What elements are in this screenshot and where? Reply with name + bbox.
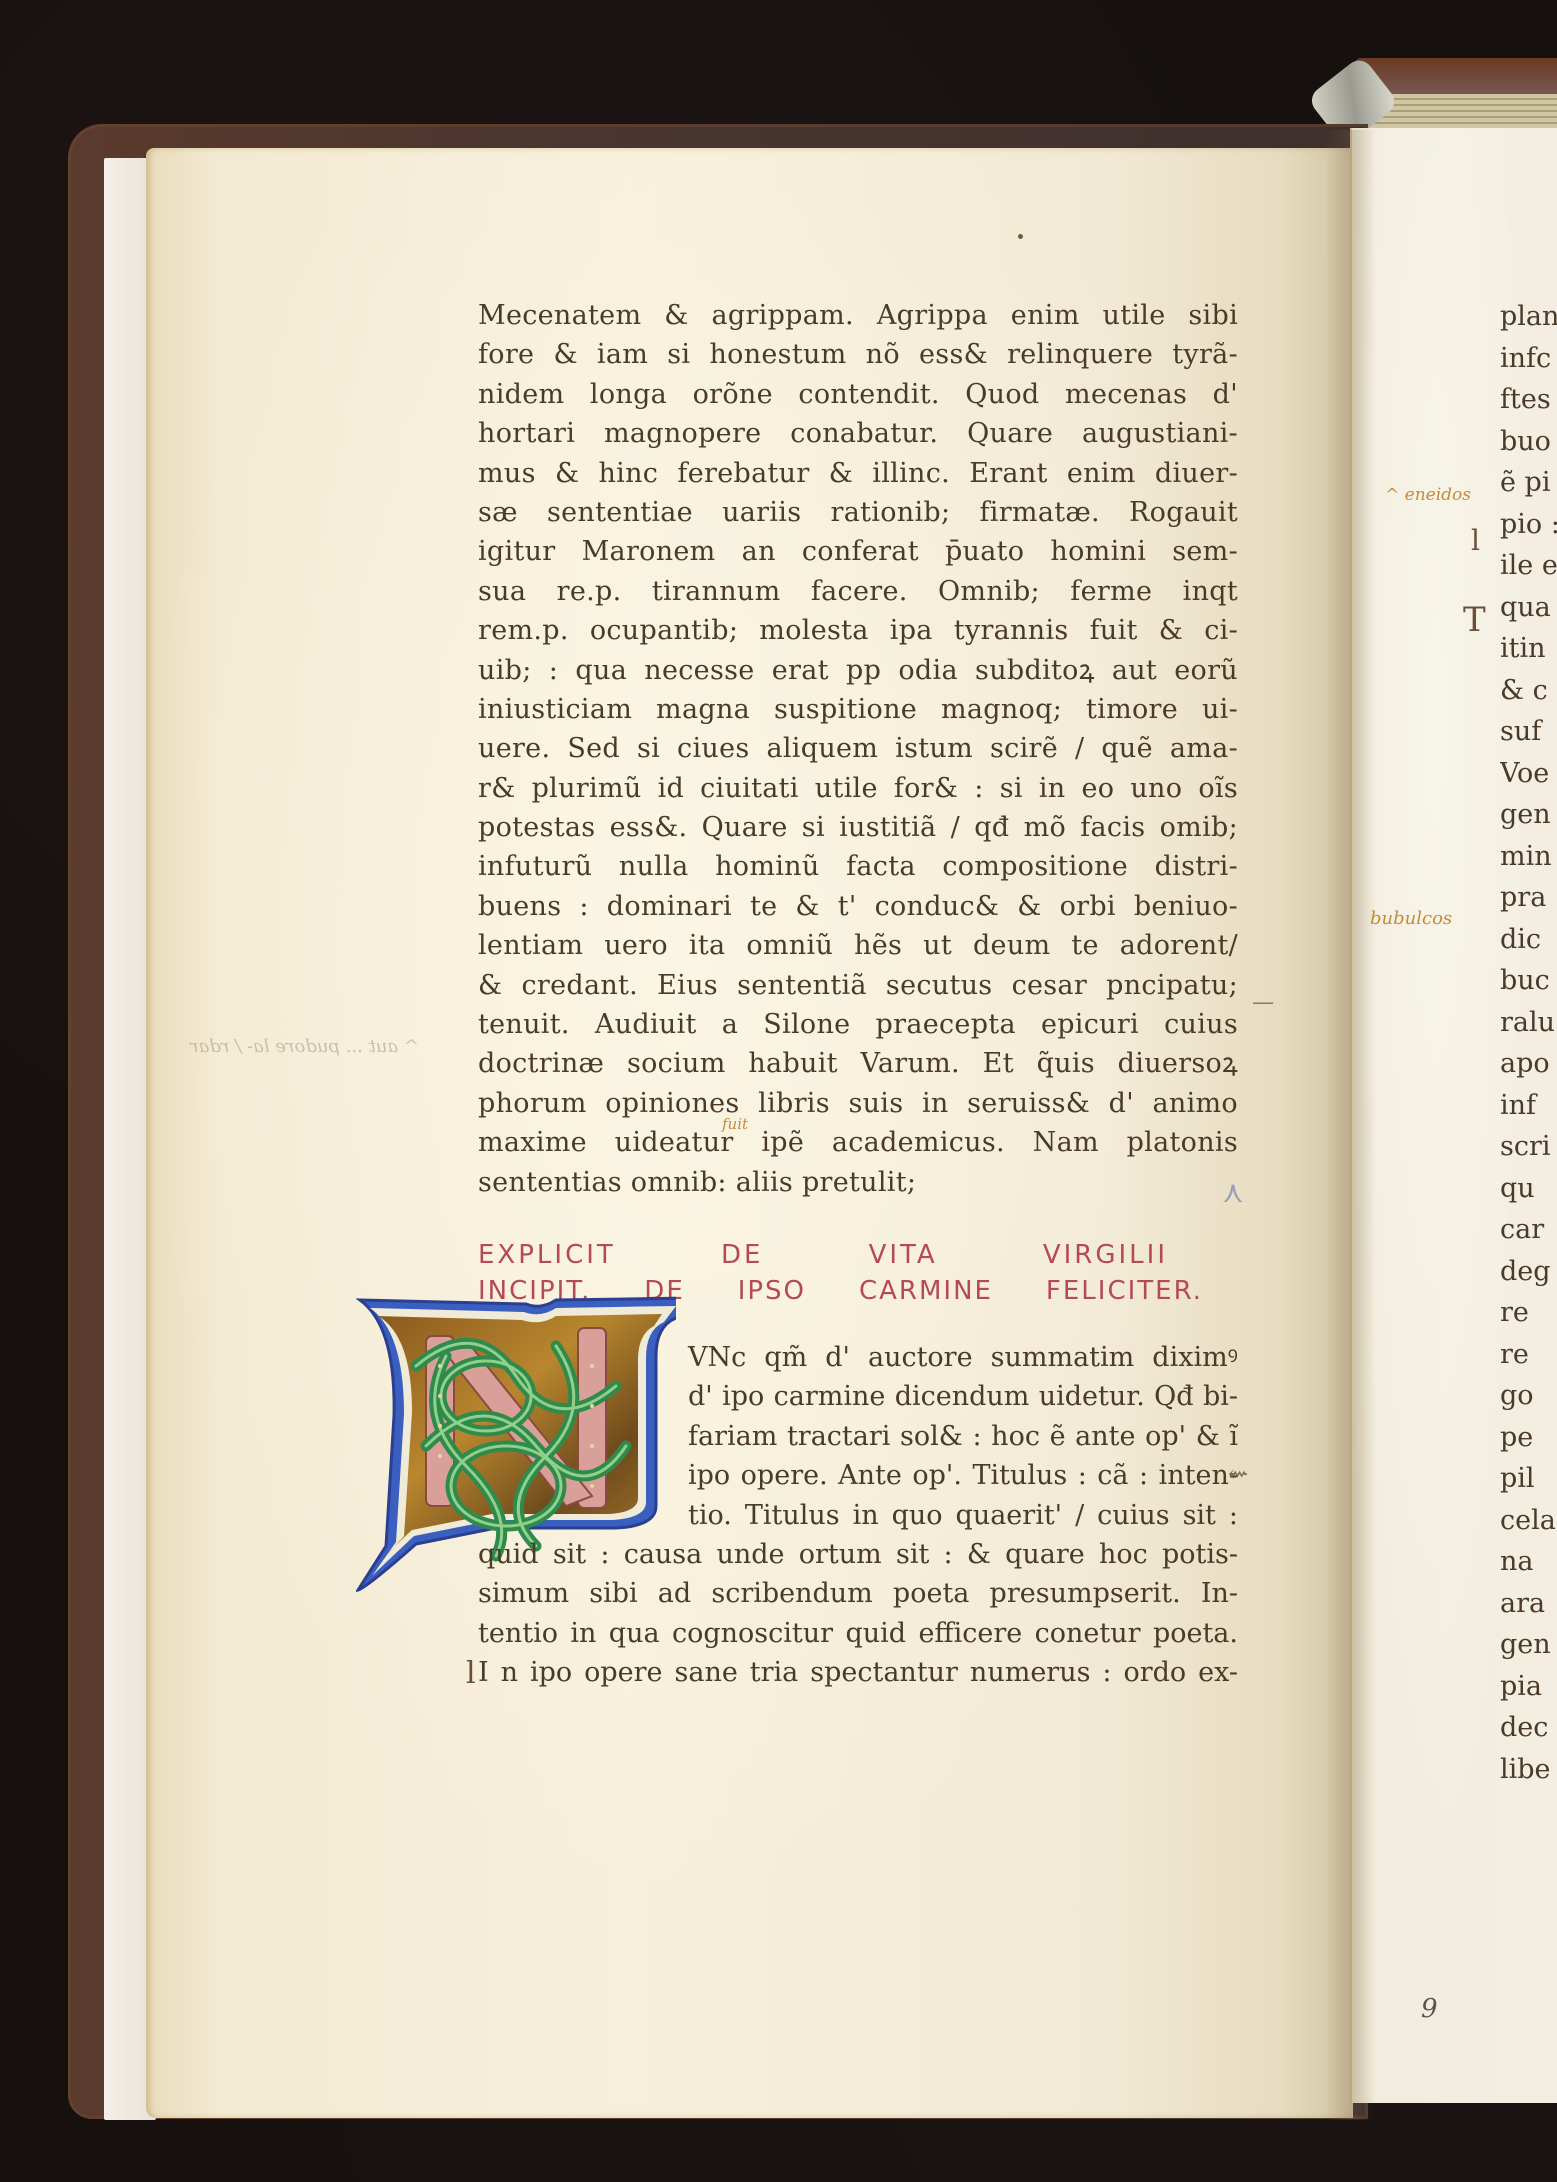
text-line: ftes bbox=[1500, 379, 1557, 421]
text-line: tentio in qua cognoscitur quid efficere … bbox=[478, 1614, 1238, 1653]
marginal-gloss-bubulcos: bubulcos bbox=[1370, 908, 1452, 929]
text-line: iniusticiam magna suspitione magnoq; tim… bbox=[478, 690, 1238, 729]
text-line: I n ipo opere sane tria spectantur numer… bbox=[478, 1653, 1238, 1692]
text-line: ẽ pi bbox=[1500, 462, 1557, 504]
text-line: ile e bbox=[1500, 545, 1557, 587]
text-line: doctrinæ socium habuit Varum. Et q̃uis d… bbox=[478, 1044, 1238, 1083]
text-line: sententias omnib: aliis pretulit; bbox=[478, 1163, 1238, 1202]
text-line: deg bbox=[1500, 1251, 1557, 1293]
text-line: pra bbox=[1500, 877, 1557, 919]
text-line: ipo opere. Ante op'. Titulus : cã : inte… bbox=[688, 1456, 1238, 1495]
text-line: dec bbox=[1500, 1707, 1557, 1749]
text-line: qua bbox=[1500, 587, 1557, 629]
text-line: & c bbox=[1500, 670, 1557, 712]
text-line: pio : bbox=[1500, 504, 1557, 546]
text-line: simum sibi ad scribendum poeta presumpse… bbox=[478, 1574, 1238, 1613]
text-line: nidem longa orõne contendit. Quod mecena… bbox=[478, 375, 1238, 414]
text-line: rem.p. ocupantib; molesta ipa tyrannis f… bbox=[478, 611, 1238, 650]
text-line: pe bbox=[1500, 1417, 1557, 1459]
marginal-gloss-eneidos: ^ eneidos bbox=[1385, 485, 1471, 505]
text-line: min bbox=[1500, 836, 1557, 878]
showthrough-gloss: ^ aut ... pudore la- / rdar bbox=[190, 1036, 419, 1057]
margin-bracket: l bbox=[466, 1656, 476, 1691]
text-line: VNc qm̃ d' auctore summatim diximꝰ bbox=[688, 1338, 1238, 1377]
text-line: qu bbox=[1500, 1168, 1557, 1210]
text-line: sæ sententiae uariis rationib; firmatæ. … bbox=[478, 493, 1238, 532]
text-line: buens : dominari te & t' conduc& & orbi … bbox=[478, 887, 1238, 926]
text-line: mus & hinc ferebatur & illinc. Erant eni… bbox=[478, 454, 1238, 493]
folio-number: 9 bbox=[1421, 1994, 1438, 2024]
text-line: go bbox=[1500, 1375, 1557, 1417]
text-line: buc bbox=[1500, 960, 1557, 1002]
text-line: tenuit. Audiuit a Silone praecepta epicu… bbox=[478, 1005, 1238, 1044]
text-line: cela bbox=[1500, 1500, 1557, 1542]
text-line: re bbox=[1500, 1334, 1557, 1376]
text-line: uib; : qua necesse erat pp odia subditoꝝ… bbox=[478, 651, 1238, 690]
text-line: Mecenatem & agrippam. Agrippa enim utile… bbox=[478, 296, 1238, 335]
text-line: maxime uideatur ipẽ academicus. Nam plat… bbox=[478, 1123, 1238, 1162]
text-line: pia bbox=[1500, 1666, 1557, 1708]
text-line: igitur Maronem an conferat p̄uato homini… bbox=[478, 532, 1238, 571]
text-line: infuturũ nulla hominũ facta compositione… bbox=[478, 847, 1238, 886]
right-page-text: plan infc ftes buo ẽ pi pio : ile e qua … bbox=[1500, 296, 1557, 1790]
text-line: suf bbox=[1500, 711, 1557, 753]
gutter bbox=[1325, 130, 1375, 2120]
text-line: gen bbox=[1500, 794, 1557, 836]
margin-arrow-icon: ⇜ bbox=[1228, 1460, 1248, 1488]
text-line: pil bbox=[1500, 1458, 1557, 1500]
margin-letter: T bbox=[1463, 600, 1486, 640]
text-line: d' ipo carmine dicendum uidetur. Qđ bi- bbox=[688, 1377, 1238, 1416]
text-line: phorum opiniones libris suis in seruiss&… bbox=[478, 1084, 1238, 1123]
text-line: tio. Titulus in quo quaerit' / cuius sit… bbox=[688, 1496, 1238, 1535]
main-text-block: Mecenatem & agrippam. Agrippa enim utile… bbox=[478, 296, 1238, 1202]
text-line: fore & iam si honestum nõ ess& relinquer… bbox=[478, 335, 1238, 374]
text-line: plan bbox=[1500, 296, 1557, 338]
text-line: ralu bbox=[1500, 1002, 1557, 1044]
text-line: car bbox=[1500, 1209, 1557, 1251]
text-line: inf bbox=[1500, 1085, 1557, 1127]
text-line: quid sit : causa unde ortum sit : & quar… bbox=[478, 1535, 1238, 1574]
text-line: infc bbox=[1500, 338, 1557, 380]
text-line: fariam tractari sol& : hoc ẽ ante op' & … bbox=[688, 1417, 1238, 1456]
margin-dash: — bbox=[1252, 990, 1274, 1015]
margin-letter: l bbox=[1471, 524, 1480, 557]
margin-caret: ⋏ bbox=[1222, 1175, 1244, 1210]
text-line: uere. Sed si ciues aliquem istum scirẽ /… bbox=[478, 729, 1238, 768]
text-line: itin bbox=[1500, 628, 1557, 670]
text-line: hortari magnopere conabatur. Quare augus… bbox=[478, 414, 1238, 453]
text-line: potestas ess&. Quare si iustitiã / qđ mõ… bbox=[478, 808, 1238, 847]
text-line: ara bbox=[1500, 1583, 1557, 1625]
text-line: re bbox=[1500, 1292, 1557, 1334]
text-line: gen bbox=[1500, 1624, 1557, 1666]
ink-speck bbox=[1018, 234, 1023, 239]
text-line: dic bbox=[1500, 919, 1557, 961]
text-line: Voe bbox=[1500, 753, 1557, 795]
text-line: libe bbox=[1500, 1749, 1557, 1791]
text-line: r& plurimũ id ciuitati utile for& : si i… bbox=[478, 769, 1238, 808]
text-line: & credant. Eius sententiã secutus cesar … bbox=[478, 966, 1238, 1005]
text-line: buo bbox=[1500, 421, 1557, 463]
text-line: scri bbox=[1500, 1126, 1557, 1168]
initial-text-block: VNc qm̃ d' auctore summatim diximꝰ d' ip… bbox=[688, 1338, 1238, 1535]
text-line: apo bbox=[1500, 1043, 1557, 1085]
closing-text-block: quid sit : causa unde ortum sit : & quar… bbox=[478, 1535, 1238, 1693]
text-line: na bbox=[1500, 1541, 1557, 1583]
rubric-explicit: EXPLICIT DE VITA VIRGILII bbox=[478, 1240, 1168, 1270]
text-line: sua re.p. tirannum facere. Omnib; ferme … bbox=[478, 572, 1238, 611]
text-line: lentiam uero ita omniũ hẽs ut deum te ad… bbox=[478, 926, 1238, 965]
interlinear-gloss: fuit bbox=[722, 1115, 748, 1133]
